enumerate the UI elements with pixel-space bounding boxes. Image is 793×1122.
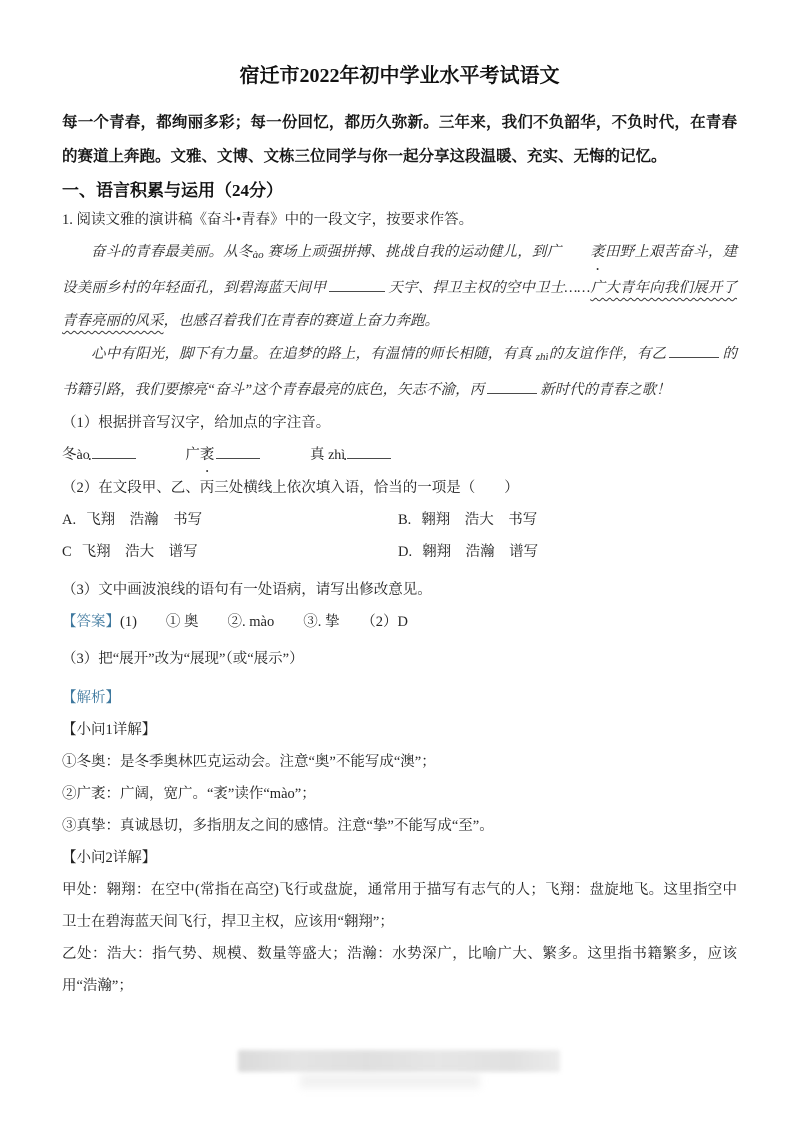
- pinyin-item-py: zhì: [328, 448, 345, 463]
- option-a: A.飞翔 浩瀚 书写: [62, 504, 398, 536]
- option-text: 飞翔 浩大 谱写: [82, 544, 198, 560]
- blank-line-bing: [487, 381, 537, 394]
- option-label: C: [62, 544, 72, 560]
- answer-blank: [92, 446, 136, 459]
- passage1-seg4: 天宇、捍卫主权的空中卫士……: [388, 280, 590, 296]
- option-text: 翱翔 浩大 书写: [421, 512, 537, 528]
- pinyin-ao: ào: [253, 249, 264, 261]
- option-text: 翱翔 浩瀚 谱写: [422, 544, 538, 560]
- sub-question-2-lead: （2）在文段甲、乙、丙三处横线上依次填入语，恰当的一项是（ ）: [62, 472, 737, 504]
- passage-paragraph-2: 心中有阳光，脚下有力量。在追梦的路上，有温情的师长相随，有真 zhì的友谊作伴，…: [62, 338, 737, 407]
- options-row-2: C飞翔 浩大 谱写 D.翱翔 浩瀚 谱写: [62, 536, 737, 568]
- sub-question-3-lead: （3）文中画波浪线的语句有一处语病，请写出修改意见。: [62, 574, 737, 606]
- answer-line-1-text: (1) ① 奥 ②. mào ③. 挚 （2）D: [120, 614, 408, 630]
- option-text: 飞翔 浩瀚 书写: [86, 512, 202, 528]
- analysis-item-yichu: 乙处：浩大：指气势、规模、数量等盛大；浩瀚：水势深广，比喻广大、繁多。这里指书籍…: [62, 938, 737, 1002]
- dotted-char-mao: 袤: [561, 236, 605, 269]
- option-d: D.翱翔 浩瀚 谱写: [398, 536, 734, 568]
- passage2-seg1: 心中有阳光，脚下有力量。在追梦的路上，有温情的师长相随，有真: [91, 346, 536, 362]
- page-title: 宿迁市2022年初中学业水平考试语文: [62, 62, 737, 90]
- sub-question-1-analysis-heading: 【小问1详解】: [62, 714, 737, 746]
- analysis-item-jiachu: 甲处：翱翔：在空中(常指在高空)飞行或盘旋，通常用于描写有志气的人；飞翔：盘旋地…: [62, 874, 737, 938]
- passage-paragraph-1: 奋斗的青春最美丽。从冬ào 赛场上顽强拼搏、挑战自我的运动健儿，到广袤田野上艰苦…: [62, 236, 737, 338]
- option-b: B.翱翔 浩大 书写: [398, 504, 734, 536]
- question-1-lead: 1. 阅读文雅的演讲稿《奋斗•青春》中的一段文字，按要求作答。: [62, 204, 737, 236]
- passage2-seg4: 新时代的青春之歌！: [540, 382, 671, 398]
- answer-line-2: （3）把“展开”改为“展现”（或“展示”）: [62, 643, 737, 675]
- option-c: C飞翔 浩大 谱写: [62, 536, 398, 568]
- pinyin-item-dong-ao: 冬ào: [62, 447, 136, 463]
- analysis-label: 【解析】: [62, 682, 737, 714]
- pinyin-item-char: 冬: [62, 447, 77, 463]
- intro-paragraph: 每一个青春，都绚丽多彩；每一份回忆，都历久弥新。三年来，我们不负韶华，不负时代，…: [62, 106, 737, 174]
- blank-line-jia: [329, 279, 385, 292]
- passage1-seg2: 赛场上顽强拼搏、挑战自我的运动健儿，到广: [264, 244, 562, 260]
- option-label: A.: [62, 512, 76, 528]
- watermark-smudge: [300, 1074, 480, 1088]
- answer-blank: [347, 446, 391, 459]
- pinyin-items-row: 冬ào 广袤 真 zhì: [62, 439, 737, 472]
- answer-line-1: 【答案】(1) ① 奥 ②. mào ③. 挚 （2）D: [62, 606, 737, 638]
- pinyin-item-dot: 袤: [200, 439, 215, 471]
- pinyin-item-guang-mao: 广袤: [185, 447, 260, 463]
- passage2-seg2: 的友谊作伴，有乙: [549, 346, 667, 362]
- pinyin-item-zhen-zhi: 真 zhì: [310, 447, 391, 463]
- passage1-seg5: ，也感召着我们在青春的赛道上奋力奔跑。: [164, 313, 440, 329]
- pinyin-item-char: 广: [185, 447, 200, 463]
- analysis-item-dongao: ①冬奥：是冬季奥林匹克运动会。注意“奥”不能写成“澳”；: [62, 746, 737, 778]
- blank-line-yi: [669, 345, 719, 358]
- analysis-item-zhenzhi: ③真挚：真诚恳切，多指朋友之间的感情。注意“挚”不能写成“至”。: [62, 810, 737, 842]
- pinyin-zhi: zhì: [536, 351, 549, 363]
- options-row-1: A.飞翔 浩瀚 书写 B.翱翔 浩大 书写: [62, 504, 737, 536]
- section-heading: 一、语言积累与运用（24分）: [62, 178, 737, 204]
- sub-question-2-analysis-heading: 【小问2详解】: [62, 842, 737, 874]
- watermark: [238, 1050, 560, 1072]
- sub-question-1-lead: （1）根据拼音写汉字，给加点的字注音。: [62, 407, 737, 439]
- pinyin-item-char: 真: [310, 447, 328, 463]
- analysis-item-guangmao: ②广袤：广阔，宽广。“袤”读作“mào”；: [62, 778, 737, 810]
- exam-document-page: 宿迁市2022年初中学业水平考试语文 每一个青春，都绚丽多彩；每一份回忆，都历久…: [0, 0, 793, 1002]
- answer-label: 【答案】: [62, 614, 120, 630]
- answer-blank: [216, 446, 260, 459]
- option-label: D.: [398, 544, 412, 560]
- option-label: B.: [398, 512, 411, 528]
- passage1-seg1: 奋斗的青春最美丽。从冬: [91, 244, 253, 260]
